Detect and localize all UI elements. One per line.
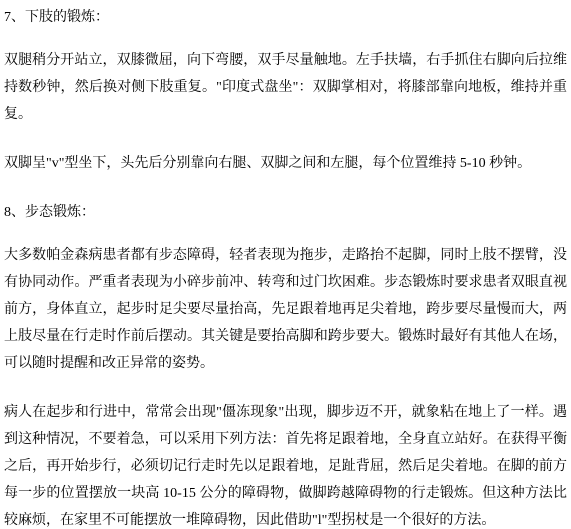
paragraph-freezing-phenomenon-method: 病人在起步和行进中，常常会出现"僵冻现象"出现，脚步迈不开，就象粘在地上了一样。… [4,399,567,529]
paragraph-v-sit-instructions: 双脚呈"v"型坐下，头先后分别靠向右腿、双脚之间和左腿，每个位置维持 5-10 … [4,150,567,177]
document-page: 7、下肢的锻炼： 双腿稍分开站立，双膝微屈，向下弯腰，双手尽量触地。左手扶墙，右… [0,0,571,529]
paragraph-lower-limb-instructions: 双腿稍分开站立，双膝微屈，向下弯腰，双手尽量触地。左手扶墙，右手抓住右脚向后拉维… [4,47,567,128]
section-heading-gait-exercise: 8、步态锻炼： [4,199,567,226]
paragraph-gait-description: 大多数帕金森病患者都有步态障碍，轻者表现为拖步，走路抬不起脚，同时上肢不摆臂，没… [4,242,567,377]
section-heading-lower-limb-exercise: 7、下肢的锻炼： [4,4,567,31]
